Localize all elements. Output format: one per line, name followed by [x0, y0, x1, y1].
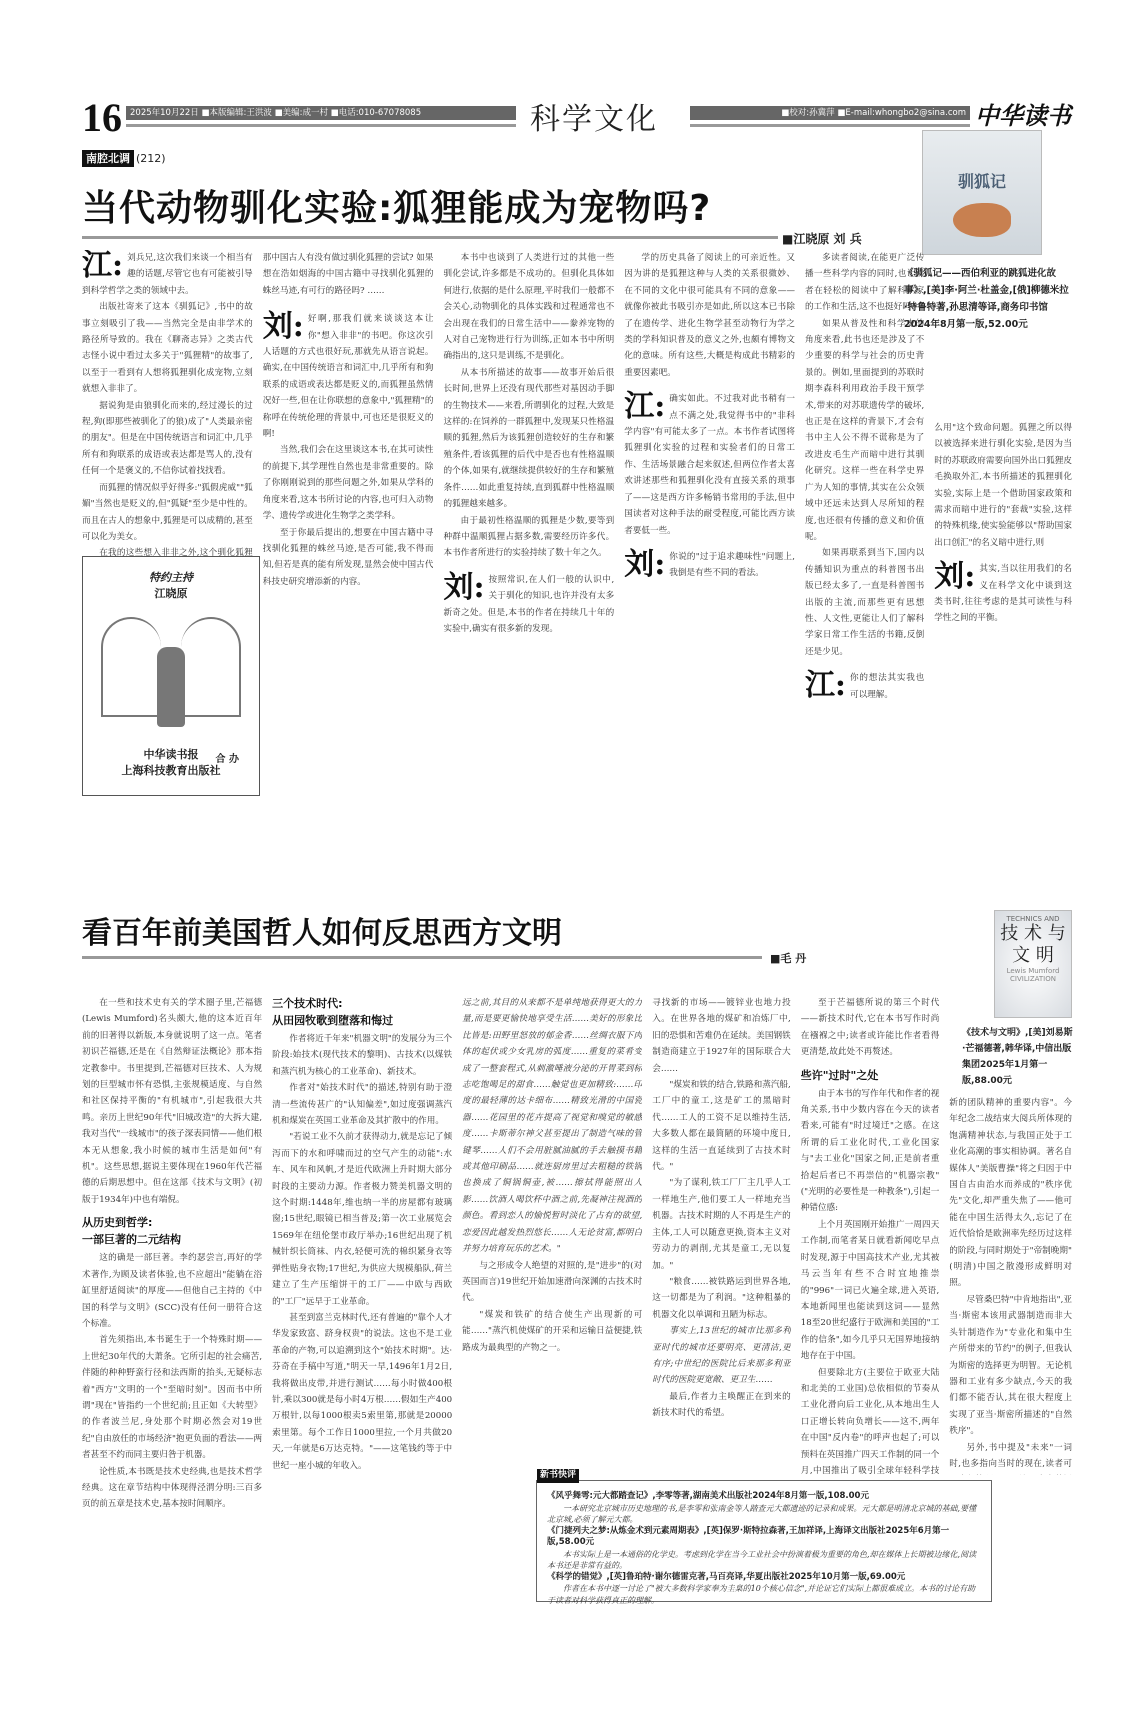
article2-body: 在一些和技术史有关的学术圈子里,芒福德(Lewis Mumford)名头颇大,他… — [82, 995, 1072, 1545]
cover-en-top: TECHNICS AND — [995, 915, 1071, 923]
article2-title: 看百年前美国哲人如何反思西方文明 — [82, 908, 562, 952]
cover-en-bottom: CIVILIZATION — [995, 975, 1071, 983]
paragraph: 论性质,本书既是技术史经典,也是技术哲学经典。这在章节结构中体现得泾渭分明:三百… — [82, 1464, 262, 1513]
article1-byline: ■江晓原 刘 兵 — [782, 230, 862, 247]
paragraph: 新的团队精神的重要内容"。今年纪念二战结束大阅兵所体现的饱满精神状态,与我国正处… — [949, 1095, 1072, 1292]
paragraph: 你的想法其实我也可以理解。 — [850, 673, 924, 699]
paragraph: 最后,作者力主唤醒正在到来的新技术时代的希望。 — [652, 1389, 791, 1422]
paragraph: 作者将近千年来"机器文明"的发展分为三个阶段:始技术(现代技术的黎明)、古技术(… — [272, 1031, 452, 1080]
speaker-mark: 刘: — [624, 549, 665, 581]
paragraph: "煤炭和铁矿的结合使生产出现新的可能……"蒸汽机使煤矿的开采和运输日益便捷,铁路… — [462, 1307, 642, 1356]
article1-col-3: 本书中也谈到了人类进行过的其他一些驯化尝试,许多都是不成功的。但驯化具体如何进行… — [443, 250, 614, 985]
article1-rule — [82, 236, 778, 239]
co-host-label: 合 办 — [216, 750, 239, 765]
paragraph: 你说的"过于追求趣味性"问题上,我倒是有些不同的看法。 — [669, 552, 795, 578]
column-host-box: 特约主持 江晓原 中华读书报 上海科技教育出版社 合 办 — [82, 556, 260, 796]
paragraph: 那中国古人有没有做过驯化狐狸的尝试? 如果想在浩如烟海的中国古籍中寻找驯化狐狸的… — [263, 250, 434, 299]
subheading: 从历史到哲学:一部巨著的二元结构 — [82, 1214, 262, 1248]
winged-goddess-icon — [101, 607, 241, 747]
paragraph: 么用"这个致命问题。狐狸之所以得以被选择来进行驯化实验,是因为当时的苏联政府需要… — [934, 420, 1072, 551]
article1-title: 当代动物驯化实验:狐狸能成为宠物吗? — [82, 180, 711, 231]
article1-col-2: 那中国古人有没有做过驯化狐狸的尝试? 如果想在浩如烟海的中国古籍中寻找驯化狐狸的… — [263, 250, 434, 985]
paragraph: 作者对"始技术时代"的描述,特别有助于澄清一些流传甚广的"认知偏差",如过度强调… — [272, 1080, 452, 1129]
paragraph: "煤炭和铁的结合,铁路和蒸汽船,工厂中的童工,这是矿工的黑暗时代……工人的工资不… — [652, 1077, 791, 1175]
paragraph: 由于本书的写作年代和作者的视角关系,书中少数内容在今天的读者看来,可能有"时过境… — [801, 1086, 940, 1217]
new-book-title: 《门捷列夫之梦:从炼金术到元素周期表》,[英]保罗·斯特拉森著,王加祥译,上海译… — [547, 1526, 981, 1549]
paragraph: 由于最初性格温顺的狐狸是少数,要等到种群中温顺狐狸占据多数,需要经历许多代。本书… — [443, 513, 614, 562]
paragraph: 出版社寄来了这本《驯狐记》,书中的故事立刻吸引了我——当然完全是由非学术的路径所… — [82, 299, 253, 397]
paragraph: 这的确是一部巨著。李约瑟尝言,再好的学术著作,为顾及读者体验,也不应超出"能躺在… — [82, 1250, 262, 1332]
paragraph: 而狐狸的情况似乎好得多:"狐假虎威""狐媚"当然也是贬义的,但"狐疑"至少是中性… — [82, 480, 253, 546]
article1-col-6: 么用"这个致命问题。狐狸之所以得以被选择来进行驯化实验,是因为当时的苏联政府需要… — [934, 420, 1072, 985]
column-tag-number: (212) — [136, 152, 166, 165]
page-number: 16 — [82, 96, 122, 140]
speaker-mark: 刘: — [934, 561, 975, 593]
column-tag: 南腔北调(212) — [82, 150, 166, 166]
paragraph: 上个月英国刚开始推广一周四天工作制,而笔者某日就看新闻吃早点时发现,源于中国高技… — [801, 1217, 940, 1365]
paragraph: 寻找新的市场——镀锌业也地力投入。在世界各地的煤矿和冶炼厂中,旧的恐惧和苦难仍在… — [652, 995, 791, 1077]
paragraph: 与之形成令人绝望的对照的,是"进步"的(对英国而言)19世纪开始加速滑向深渊的古… — [462, 1258, 642, 1307]
paragraph: "若说工业不久前才获得动力,就是忘记了倾泻而下的水和呼啸而过的空气产生的动能":… — [272, 1129, 452, 1309]
column-tag-label: 南腔北调 — [82, 150, 134, 167]
paragraph: 本书中也谈到了人类进行过的其他一些驯化尝试,许多都是不成功的。但驯化具体如何进行… — [443, 250, 614, 365]
article1-col-4: 学的历史具备了阅读上的可亲近性。又因为讲的是狐狸这种与人类的关系很微妙、在不同的… — [624, 250, 795, 985]
article2-col-2: 三个技术时代:从田园牧歌到堕落和悔过 作者将近千年来"机器文明"的发展分为三个阶… — [272, 995, 452, 1545]
paragraph: "为了谋利,铁工厂厂主几乎人工一样地生产,他们要工人一样地充当机器。古技术时期的… — [652, 1175, 791, 1273]
paragraph: 据说狗是由狼驯化而来的,经过漫长的过程,狗(即那些被驯化了的狼)成了"人类最亲密… — [82, 398, 253, 480]
paragraph: 在一些和技术史有关的学术圈子里,芒福德(Lewis Mumford)名头颇大,他… — [82, 995, 262, 1208]
paragraph: 如果从普及性和科学史的角度来看,此书也还是涉及了不少重要的科学与社会的历史背景的… — [805, 316, 924, 546]
article2-col-5: 至于芒福德所说的第三个时代——新技术时代,它在本书写作时尚在襁褓之中;读者或许能… — [801, 995, 940, 1475]
article2-rule — [82, 956, 762, 959]
paragraph: 首先须指出,本书诞生于一个特殊时期——上世纪30年代的大萧条。它所引起的社会痛苦… — [82, 1332, 262, 1463]
paragraph: 但要除北方(主要位于欧亚大陆和北美的工业国)总依相似的节奏从工业化滑向后工业化,… — [801, 1365, 940, 1475]
masthead-rule-right — [690, 124, 970, 127]
paragraph: 如果再联系到当下,国内以传播知识为重点的科普图书出版已经太多了,一直是科普图书出… — [805, 545, 924, 660]
new-books-box: 新书快评 《风乎舞雩:元大都踏查记》,李零等著,湖南美术出版社2024年8月第一… — [536, 1480, 992, 1602]
article2-col-6: 新的团队精神的重要内容"。今年纪念二战结束大阅兵所体现的饱满精神状态,与我国正处… — [949, 1095, 1072, 1475]
speaker-mark: 江: — [805, 670, 846, 702]
new-book-desc: 本书实际上是一本通俗的化学史。考虑到化学在当今工业社会中扮演着极为重要的角色,却… — [547, 1549, 981, 1572]
paragraph: 当然,我们会在这里谈这本书,在其可读性的前提下,其学理性自然也是非常重要的。除了… — [263, 442, 434, 524]
paragraph: 事实上,13世纪的城市比那多利亚时代的城市还要明亮、更清洁,更有序;中世纪的医院… — [652, 1323, 791, 1389]
host-name: 江晓原 — [83, 585, 259, 601]
article2-byline: ■毛 丹 — [770, 950, 806, 966]
new-book-desc: 作者在本书中逐一讨论了"被大多数科学家奉为圭臬的10个核心信念",并论证它们实际… — [547, 1583, 981, 1606]
section-title: 科学文化 — [530, 94, 658, 138]
new-book-title: 《风乎舞雩:元大都踏查记》,李零等著,湖南美术出版社2024年8月第一版,108… — [547, 1491, 981, 1503]
paragraph: 尽管桑巴特"中肯地指出",亚当·斯密本该用武器制造而非大头针制造作为"专业化和集… — [949, 1292, 1072, 1440]
paragraph: 至于芒福德所说的第三个时代——新技术时代,它在本书写作时尚在襁褓之中;读者或许能… — [801, 995, 940, 1061]
host-label: 特约主持 — [83, 569, 259, 585]
cover-zh-title: 技 术 与 文 明 — [995, 923, 1071, 967]
article2-col-4: 寻找新的市场——镀锌业也地力投入。在世界各地的煤矿和冶炼厂中,旧的恐惧和苦难仍在… — [652, 995, 791, 1475]
speaker-mark: 刘: — [263, 311, 304, 343]
paragraph: 从本书所描述的故事——故事开始后很长时间,世界上还没有现代那些对基因动手脚的生物… — [443, 365, 614, 513]
paragraph: 至于你最后提出的,想要在中国古籍中寻找驯化狐狸的蛛丝马迹,是否可能,我不得而知,… — [263, 525, 434, 591]
article1-col-5: 多读者阅读,在能更广泛传播一些科学内容的同时,也让读者在轻松的阅读中了解科学家的… — [805, 250, 924, 985]
subheading: 三个技术时代:从田园牧歌到堕落和悔过 — [272, 995, 452, 1029]
masthead-rule-left — [126, 124, 516, 127]
paragraph: "粮食……被铁路运到世界各地,这一切都是为了利润。"这种粗暴的机器文化以单调和丑… — [652, 1274, 791, 1323]
speaker-mark: 江: — [82, 250, 123, 282]
new-book-title: 《科学的错觉》,[英]鲁珀特·谢尔德雷克著,马百亮译,华夏出版社2025年10月… — [547, 1572, 981, 1584]
book-cover-fox: 驯狐记 — [922, 130, 1042, 255]
masthead-info-left: 2025年10月22日 ■本版编辑:王洪波 ■美编:成一村 ■电话:010-67… — [126, 106, 516, 120]
article2-col-1: 在一些和技术史有关的学术圈子里,芒福德(Lewis Mumford)名头颇大,他… — [82, 995, 262, 1545]
speaker-mark: 江: — [624, 391, 665, 423]
article2-col-3: 远之前,其目的从来都不是单纯地获得更大的力量,而是要更愉快地享受生活……美好的形… — [462, 995, 642, 1475]
subheading: 些许"过时"之处 — [801, 1067, 940, 1084]
paragraph: 另外,书中提及"未来"一词时,也多指向当时的现在,读者可以自行比照。……这一点上… — [949, 1440, 1072, 1475]
paragraph: 多读者阅读,在能更广泛传播一些科学内容的同时,也让读者在轻松的阅读中了解科学家的… — [805, 250, 924, 316]
paragraph: 远之前,其目的从来都不是单纯地获得更大的力量,而是要更愉快地享受生活……美好的形… — [462, 995, 642, 1258]
new-books-tag: 新书快评 — [537, 1469, 579, 1483]
paragraph: 甚至到富兰克林时代,还有普遍的"靠个人才华发家致富、跻身权贵"的说法。这也不是工… — [272, 1310, 452, 1474]
book-cover-title: 驯狐记 — [923, 169, 1041, 192]
co-organizer-2: 上海科技教育出版社 — [83, 763, 259, 779]
fox-illustration-icon — [953, 203, 1011, 237]
speaker-mark: 刘: — [443, 572, 484, 604]
new-book-desc: 一本研究北京城市历史地理的书,是李零和张南金等人踏查元大都遗迹的记录和成果。元大… — [547, 1503, 981, 1526]
newspaper-page: 16 2025年10月22日 ■本版编辑:王洪波 ■美编:成一村 ■电话:010… — [82, 90, 1072, 1690]
masthead-info-right: ■校对:孙冀萍 ■E-mail:whongbo2@sina.com — [690, 106, 970, 120]
cover-author: Lewis Mumford — [995, 967, 1071, 975]
paragraph: 学的历史具备了阅读上的可亲近性。又因为讲的是狐狸这种与人类的关系很微妙、在不同的… — [624, 250, 795, 381]
